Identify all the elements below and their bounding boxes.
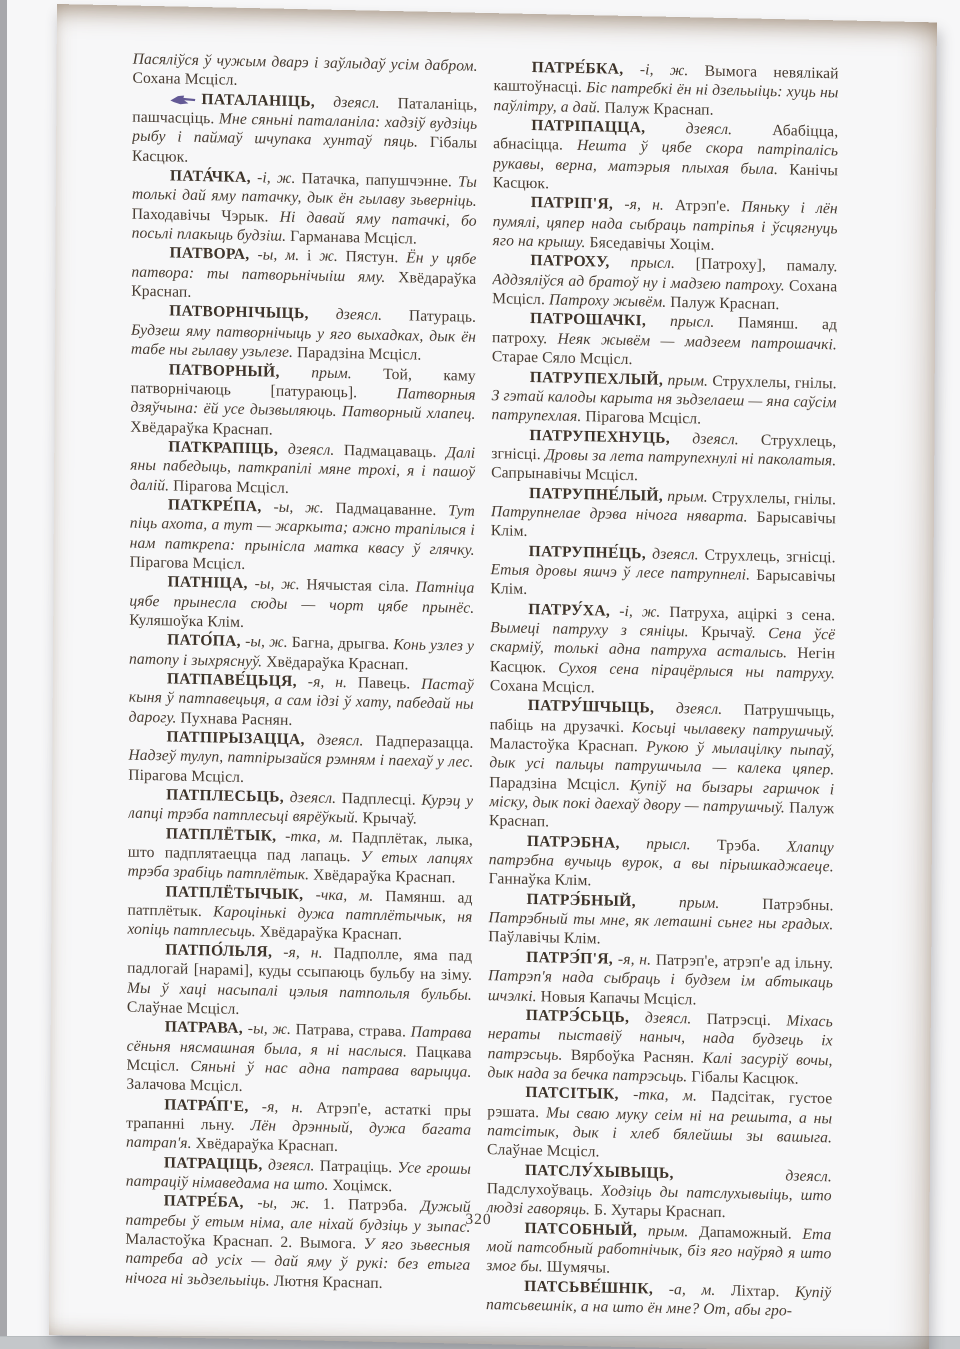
text-segment: Маластоўка Краснап. 2. Вымога.	[125, 1231, 363, 1253]
dictionary-entry: ПАТА́ЧКА, -і, ж. Патачка, папушчэнне. Ты…	[132, 166, 477, 251]
text-segment: Залачова Мсцісл.	[126, 1076, 242, 1095]
text-segment: -тка, м.	[633, 1086, 711, 1105]
book-page: Пасяліўся ў чужым дварэ і заўлыдаў усім …	[49, 4, 937, 1349]
text-segment: дзеясл.	[652, 545, 705, 563]
handwritten-mark-icon	[170, 95, 195, 105]
text-segment: Етыя дровы яшчэ ў лесе патрупнелі.	[491, 561, 757, 584]
column-right: ПАТРЕ́БКА, -і, ж. Вымога невялікай кашто…	[486, 57, 839, 1322]
text-segment: ПАТРЕ́БКА,	[532, 59, 640, 78]
text-segment: ПАТРЭБНА,	[527, 833, 647, 853]
text-segment: Пірагова Мсцісл.	[128, 766, 244, 785]
text-segment: дзеясл.	[268, 1156, 320, 1174]
text-segment: ПАТПЛЁТЫК,	[166, 825, 285, 844]
text-segment: дзеясл.	[785, 1167, 832, 1185]
text-segment: прым.	[668, 371, 713, 389]
text-segment: ПАТАЛАНІЦЬ,	[201, 91, 333, 111]
text-segment: -ы, ж.	[248, 1020, 296, 1038]
text-segment: Слаўнае Мсцісл.	[487, 1141, 600, 1160]
text-segment: -ы, м.	[257, 247, 307, 265]
text-segment: Ліхтар.	[731, 1282, 795, 1300]
text-segment: Струхлелы, гнілы.	[712, 372, 836, 392]
text-segment: Сапрынавічы Мсцісл.	[491, 464, 638, 484]
text-segment: ПАТРЭ́БНЫЙ,	[526, 891, 678, 911]
text-segment: прым.	[311, 364, 383, 383]
text-segment: Патроху жывём.	[549, 291, 670, 311]
text-segment: Хвёдараўка Краснап.	[266, 653, 408, 673]
text-segment: Маластоўка Краснап.	[489, 735, 646, 755]
text-segment: дзеясл.	[692, 430, 761, 448]
text-segment: ПАТРОХУ,	[530, 252, 630, 271]
dictionary-entry: ПАТПЛЁТЫК, -тка, м. Падплётак, лыка, што…	[128, 823, 473, 888]
text-segment: Вымеці патруху з сяніцы.	[490, 619, 701, 640]
text-segment: ПАТРУПНЕ́ЛЫЙ,	[529, 485, 667, 505]
text-segment: ПАТКРАПІЦЬ,	[168, 438, 288, 458]
text-segment: Хвёдараўка Краснап.	[196, 1135, 338, 1155]
text-segment: Паходавічы Чэрык.	[132, 205, 280, 225]
column-left: Пасяліўся ў чужым дварэ і заўлыдаў усім …	[125, 50, 478, 1315]
text-segment: Патрэсці.	[707, 1011, 787, 1030]
text-segment: ПАТРУПЕХЛЫЙ,	[530, 368, 668, 388]
dictionary-entry: ПАТРУПНЕ́ЛЫЙ, прым. Струхлелы, гнілы. Па…	[491, 483, 836, 548]
text-segment: Парадзіна Мсцісл.	[297, 344, 422, 364]
text-segment: -ы, ж.	[255, 575, 307, 593]
text-segment: Гарманава Мсцісл.	[290, 228, 417, 248]
text-segment: [Патроху], памалу.	[696, 256, 838, 276]
text-segment: Багна, дрыгва.	[292, 634, 394, 653]
text-segment: ПАТРЭ́СЬЦЬ,	[526, 1007, 645, 1026]
text-segment: -я, н.	[618, 951, 656, 969]
text-segment: дзеясл.	[290, 789, 342, 807]
page-content: Пасяліўся ў чужым дварэ і заўлыдаў усім …	[125, 50, 839, 1322]
text-segment: Бяседавічы Хоцім.	[590, 234, 715, 254]
text-segment: Патрава, страва.	[296, 1021, 411, 1040]
text-segment: ПАТВОРНЫЙ,	[169, 361, 312, 381]
text-segment: Струхлець, згнісці.	[705, 546, 836, 566]
text-segment: -я, н.	[262, 1098, 317, 1116]
text-segment: дзеясл.	[676, 700, 744, 718]
text-segment: Хвёдараўка Краснап.	[313, 867, 455, 887]
text-segment: Хвёдараўка Краснап.	[130, 418, 272, 438]
text-segment: Падперазацца.	[375, 733, 473, 752]
text-segment: ПАТРЭ́П'Я,	[526, 949, 618, 968]
text-segment: -а, м.	[669, 1281, 731, 1299]
text-segment: ПАТПО́ЛЬЛЯ,	[165, 941, 283, 960]
text-segment: ПАТРІП'Я,	[531, 194, 625, 213]
text-segment: ПАТКРЕ́ПА,	[168, 496, 274, 515]
text-segment: ПАТСЛУ́ХЫВЫЦЬ,	[525, 1162, 786, 1184]
text-segment: Новыя Капачы Мсцісл.	[541, 988, 697, 1008]
text-segment: Сохана Мсцісл.	[132, 70, 237, 89]
text-segment: Атрэп'е.	[675, 197, 741, 215]
dictionary-entry: ПАТВОРНЫЙ, прым. Той, каму патворнічаюць…	[130, 359, 475, 444]
dictionary-entry: ПАТРАВА, -ы, ж. Патрава, страва. Патрава…	[126, 1017, 471, 1102]
dictionary-entry: ПАТПАВЕ́ЦЬЦЯ, -я, н. Павець. Пастаў кыня…	[129, 669, 474, 734]
text-segment: ПАТРАЦІЦЬ,	[164, 1154, 268, 1173]
text-segment: ПАТПЛЁТЫЧЫК,	[166, 883, 316, 903]
dictionary-entry: ПАТРУПНЕ́ЦЬ, дзеясл. Струхлець, згнісці.…	[490, 541, 835, 606]
text-segment: прысл.	[670, 313, 738, 331]
text-segment: ПАТПЛЕСЬЦЬ,	[166, 786, 290, 806]
text-segment: прым.	[679, 894, 762, 913]
text-segment: Хвёдараўка Краснап.	[260, 924, 402, 944]
text-segment: -тка, м.	[285, 828, 352, 846]
dictionary-entry: ПАТКРАПІЦЬ, дзеясл. Падмацаваць. Далі ян…	[130, 436, 475, 501]
text-segment: Патачка, папушчэнне.	[302, 170, 459, 190]
text-segment: -я, н.	[624, 196, 675, 214]
dictionary-entry: ПАТРЭ́СЬЦЬ, дзеясл. Патрэсці. Міхась нер…	[487, 1005, 832, 1090]
text-segment: ПАТСІТЫК,	[525, 1084, 633, 1103]
text-segment: Трэба.	[717, 837, 787, 855]
dictionary-entry: ПАТПЛЁТЫЧЫК, -чка, м. Памянш. ад патплёт…	[127, 881, 472, 946]
text-segment: -ы, ж.	[273, 498, 335, 516]
text-segment: Ганнаўка Клім.	[489, 871, 592, 890]
text-segment: Патруха, аціркі з сена.	[669, 604, 835, 624]
text-segment: дзеясл.	[288, 441, 344, 459]
dictionary-entry: ПАТСІТЫК, -тка, м. Падсітак, густое рэша…	[487, 1082, 832, 1167]
text-segment: Старае Сяло Мсцісл.	[492, 348, 633, 368]
text-segment: ж.	[319, 248, 345, 266]
text-segment: Патураць.	[409, 308, 476, 326]
dictionary-entry: ПАТПІРЫЗАЦЦА, дзеясл. Падперазацца. Надз…	[128, 727, 473, 792]
text-segment: ПАТРУ́ШЧЫЦЬ,	[528, 697, 676, 717]
text-segment: ПАТА́ЧКА,	[170, 167, 257, 186]
dictionary-entry: ПАТКРЕ́ПА, -ы, ж. Падмацаванне. Тут піць…	[130, 494, 475, 579]
text-segment: ПАТРУ́ХА,	[528, 601, 619, 620]
dictionary-entry: ПАТВОРНІЧЫЦЬ, дзеясл. Патураць. Будзеш я…	[131, 301, 476, 366]
text-segment: прысл.	[631, 254, 696, 272]
dictionary-entry: ПАТРЭБНА, прысл. Трэба. Хлапцу патрэбна …	[489, 831, 834, 896]
text-segment: ПАТСЬВЕ́ШНІК,	[524, 1278, 669, 1298]
dictionary-entry: Пасяліўся ў чужым дварэ і заўлыдаў усім …	[132, 50, 477, 96]
text-segment: Крычаў.	[701, 624, 768, 642]
dictionary-entry: ПАТРЭ́П'Я, -я, н. Патрэп'е, атрэп'е ад і…	[488, 947, 833, 1012]
text-segment: дзеясл.	[336, 306, 409, 325]
text-segment: ПАТРОШАЧКІ,	[530, 310, 670, 330]
dictionary-entry: ПАТРІП'Я, -я, н. Атрэп'е. Пяньку і лён п…	[493, 193, 838, 258]
text-segment: Хоцімск.	[332, 1177, 392, 1195]
text-segment: Пірагова Мсцісл.	[585, 408, 701, 427]
dictionary-entry: ПАТНІЦА, -ы, ж. Нячыстая сіла. Патніца ц…	[129, 572, 474, 637]
text-segment: Сохана Мсцісл.	[490, 677, 595, 696]
text-segment: -ы, ж.	[245, 633, 292, 651]
text-segment: ПАТРУПЕХНУЦЬ,	[529, 426, 692, 446]
text-segment: Паўлавічы Клім.	[488, 929, 600, 948]
text-segment: -я, н.	[308, 673, 358, 691]
text-segment: Пірагова Мсцісл.	[130, 554, 246, 573]
text-segment: Шумячы.	[547, 1259, 610, 1277]
dictionary-entry: ПАТРУ́ХА, -і, ж. Патруха, аціркі з сена.…	[490, 599, 836, 703]
text-segment: Падмацаванне.	[335, 500, 448, 519]
text-segment: дзеясл.	[317, 732, 376, 750]
text-segment: ПАТРАВА,	[165, 1019, 248, 1038]
text-segment: -я, н.	[283, 944, 333, 962]
dictionary-entry: ПАТПО́ЛЬЛЯ, -я, н. Падполле, яма пад пад…	[127, 939, 472, 1024]
text-segment: Нячыстая сіла.	[306, 577, 415, 596]
dictionary-entry: ПАТРОХУ, прысл. [Патроху], памалу. Аддзя…	[492, 251, 837, 316]
text-segment: -чка, м.	[316, 886, 386, 904]
text-segment: Сухоя сена пірацёрлыся ны патруху.	[558, 659, 835, 682]
text-segment: Патраціць.	[320, 1157, 398, 1176]
text-segment: Патрупнелае дрэва нічога няварта.	[491, 503, 757, 526]
dictionary-entry: ПАТРУПЕХНУЦЬ, дзеясл. Струхлець, згнісці…	[491, 425, 836, 490]
dictionary-entry: ПАТРУПЕХЛЫЙ, прым. Струхлелы, гнілы. З г…	[491, 367, 836, 432]
text-segment: -і, ж.	[257, 169, 302, 187]
text-segment: Падмацаваць.	[344, 442, 446, 461]
text-segment: Пірагова Мсцісл.	[173, 477, 289, 496]
text-segment: Крычаў.	[362, 810, 416, 828]
dictionary-entry: ПАТАЛАНІЦЬ, дзеясл. Паталаніць, пашчасці…	[132, 88, 477, 173]
text-segment: ПАТРУПНЕ́ЦЬ,	[529, 543, 653, 563]
text-segment: ПАТПАВЕ́ЦЬЦЯ,	[167, 670, 308, 690]
text-segment: Пястун.	[346, 249, 407, 267]
text-segment: Парадзіна Мсцісл.	[489, 774, 630, 794]
text-segment: ПАТНІЦА,	[167, 574, 254, 593]
text-segment: Патрэбны.	[762, 896, 833, 914]
text-segment: Гібалы Касцюк.	[691, 1068, 798, 1087]
dictionary-entry: ПАТРОШАЧКІ, прысл. Памянш. ад патроху. Н…	[492, 309, 837, 374]
dictionary-entry: ПАТРА́П'Е, -я, н. Атрэп'е, астаткі пры т…	[126, 1094, 471, 1159]
text-segment: Павець.	[358, 674, 421, 692]
text-segment: -і, ж.	[640, 61, 705, 79]
text-segment: Пухнава Раснян.	[180, 709, 292, 728]
text-segment: прым.	[667, 487, 712, 505]
text-segment: дзеясл.	[333, 93, 398, 111]
text-segment: Вярбоўка Раснян.	[571, 1046, 703, 1066]
text-segment: ПАТВОРНІЧЫЦЬ,	[169, 303, 336, 323]
dictionary-entry: ПАТРЭ́БНЫЙ, прым. Патрэбны. Патрэбный ты…	[488, 889, 833, 954]
text-segment: ПАТВОРА,	[169, 245, 257, 264]
text-segment: Струхлелы, гнілы.	[712, 488, 836, 508]
dictionary-entry: ПАТРІПАЦЦА, дзеясл. Абабіцца, абнасіцца.…	[493, 115, 838, 200]
text-segment: Палуж Краснап.	[670, 294, 779, 313]
dictionary-entry: ПАТРЕ́БКА, -і, ж. Вымога невялікай кашто…	[493, 57, 838, 122]
text-segment: Падслухоўваць.	[487, 1180, 601, 1199]
text-segment: дзеясл.	[645, 1009, 707, 1027]
text-segment: Косьці чылавеку патрушчыў.	[632, 719, 835, 740]
text-segment: і	[307, 248, 319, 265]
text-segment: ПАТРІПАЦЦА,	[531, 117, 686, 137]
text-segment: Слаўнае Мсцісл.	[127, 998, 240, 1017]
text-segment: Патрэп'е, атрэп'е ад ільну.	[656, 951, 833, 972]
text-segment: ПАТО́ПА,	[167, 632, 245, 651]
text-segment: ПАТПІРЫЗАЦЦА,	[166, 728, 317, 748]
text-segment: Палуж Краснап.	[604, 99, 713, 118]
dictionary-entry: ПАТСЬВЕ́ШНІК, -а, м. Ліхтар. Купіў патсь…	[486, 1276, 831, 1322]
text-segment: Падплесці.	[342, 790, 422, 809]
scanner-edge-strip	[0, 0, 7, 1349]
text-segment: Лютня Краснап.	[274, 1272, 383, 1291]
text-segment: Куляшоўка Клім.	[129, 612, 244, 631]
text-segment: прысл.	[646, 835, 717, 853]
dictionary-entry: ПАТРУ́ШЧЫЦЬ, дзеясл. Патрушчыць, пабіць …	[489, 695, 835, 838]
text-segment: дзеясл.	[686, 120, 773, 139]
dictionary-entry: ПАТВОРА, -ы, м. і ж. Пястун. Ён у цябе п…	[131, 243, 476, 308]
text-segment: ПАТРА́П'Е,	[164, 1096, 262, 1115]
text-segment: -і, ж.	[619, 602, 669, 620]
